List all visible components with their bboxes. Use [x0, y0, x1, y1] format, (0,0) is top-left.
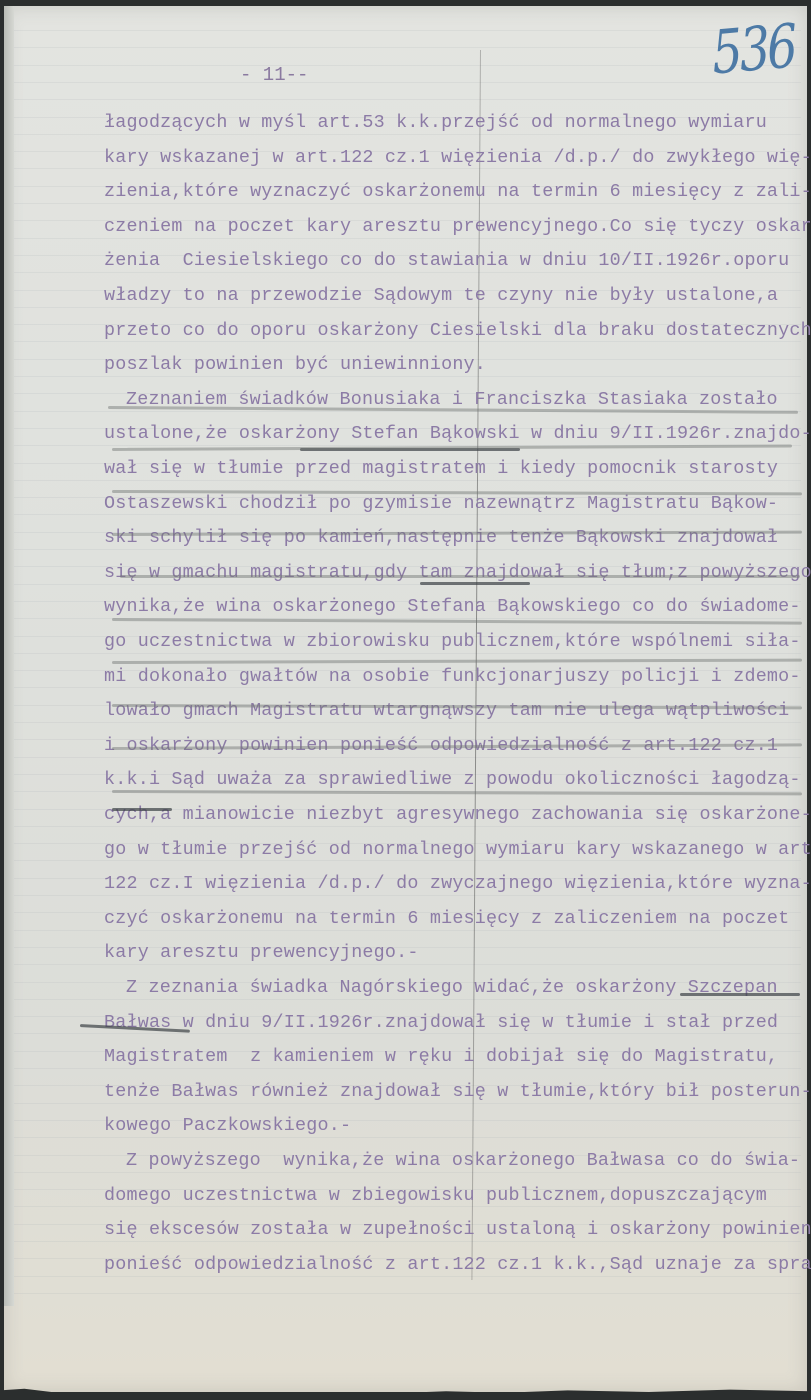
text-line: władzy to na przewodzie Sądowym te czyny…: [104, 285, 778, 306]
text-line: poszlak powinien być uniewinniony.: [104, 354, 486, 375]
text-line: czeniem na poczet kary aresztu prewencyj…: [104, 216, 811, 237]
text-line: łagodzących w myśl art.53 k.k.przejść od…: [104, 112, 767, 133]
text-line: kary aresztu prewencyjnego.-: [104, 942, 419, 963]
handwritten-folio-number: 536: [710, 11, 796, 88]
text-line: kowego Paczkowskiego.-: [104, 1115, 351, 1136]
text-line: kary wskazanej w art.122 cz.1 więzienia …: [104, 147, 811, 168]
text-line: cych,a mianowicie niezbyt agresywnego za…: [104, 804, 811, 825]
text-line: Z powyższego wynika,że wina oskarżonego …: [126, 1150, 800, 1171]
text-line: przeto co do oporu oskarżony Ciesielski …: [104, 320, 811, 341]
text-line: k.k.i Sąd uważa za sprawiedliwe z powodu…: [104, 769, 801, 790]
text-line: tenże Bałwas również znajdował się w tłu…: [104, 1081, 811, 1102]
pencil-underline: [420, 582, 530, 585]
text-line: wynika,że wina oskarżonego Stefana Bąkow…: [104, 596, 801, 617]
text-line: Ostaszewski chodził po gzymisie nazewnąt…: [104, 493, 778, 514]
text-line: zienia,które wyznaczyć oskarżonemu na te…: [104, 181, 811, 202]
text-line: lowało gmach Magistratu wtargnąwszy tam …: [104, 700, 789, 721]
text-line: ustalone,że oskarżony Stefan Bąkowski w …: [104, 423, 811, 444]
pencil-underline: [112, 808, 172, 811]
text-line: się ekscesów została w zupełności ustalo…: [104, 1219, 811, 1240]
pencil-underline: [680, 993, 800, 996]
text-line: się w gmachu magistratu,gdy tam znajdowa…: [104, 562, 811, 583]
text-line: mi dokonało gwałtów na osobie funkcjonar…: [104, 666, 801, 687]
text-line: żenia Ciesielskiego co do stawiania w dn…: [104, 250, 789, 271]
text-line: czyć oskarżonemu na termin 6 miesięcy z …: [104, 908, 789, 929]
text-line: go uczestnictwa w zbiorowisku publicznem…: [104, 631, 801, 652]
text-line: domego uczestnictwa w zbiegowisku public…: [104, 1185, 767, 1206]
page-left-edge: [4, 6, 14, 1306]
pencil-underline: [120, 575, 800, 578]
text-line: go w tłumie przejść od normalnego wymiar…: [104, 839, 811, 860]
text-line: 122 cz.I więzienia /d.p./ do zwyczajnego…: [104, 873, 811, 894]
text-line: Bałwas w dniu 9/II.1926r.znajdował się w…: [104, 1012, 778, 1033]
typed-page-number: - 11--: [240, 64, 308, 86]
text-line: wał się w tłumie przed magistratem i kie…: [104, 458, 778, 479]
text-line: ponieść odpowiedzialność z art.122 cz.1 …: [104, 1254, 811, 1275]
text-line: Magistratem z kamieniem w ręku i dobijał…: [104, 1046, 778, 1067]
